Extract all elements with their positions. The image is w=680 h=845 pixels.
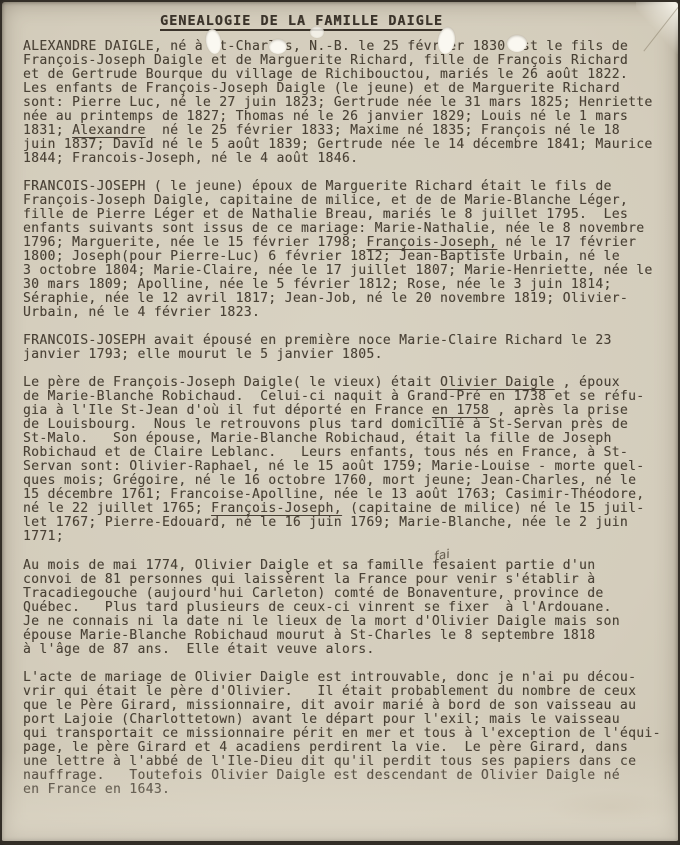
text-run: FRANCOIS-JOSEPH avait épousé en première…	[23, 333, 612, 362]
underlined-text: François-Joseph,	[211, 501, 342, 516]
underlined-text: Alexandre	[72, 123, 146, 138]
paragraph: L'acte de mariage de Olivier Daigle est …	[23, 671, 674, 797]
paragraph: Au mois de mai 1774, Olivier Daigle et s…	[23, 558, 674, 657]
page-title: GENEALOGIE DE LA FAMILLE DAIGLE	[160, 13, 443, 29]
document-body: ALEXANDRE DAIGLE, né à St-Charles, N.-B.…	[23, 40, 674, 811]
text-run: , après la prise de Louisbourg. Nous le …	[23, 403, 644, 516]
text-run: Au mois de mai 1774, Olivier Daigle et s…	[23, 558, 432, 573]
paragraph: Le père de François-Joseph Daigle( le vi…	[23, 376, 674, 544]
text-run: Le père de François-Joseph Daigle( le vi…	[23, 375, 440, 390]
text-run: L'acte de mariage de Olivier Daigle est …	[23, 670, 661, 797]
underlined-text: François-Joseph,	[366, 235, 497, 250]
paragraph: FRANCOIS-JOSEPH ( le jeune) époux de Mar…	[23, 180, 674, 320]
paragraph: ALEXANDRE DAIGLE, né à St-Charles, N.-B.…	[23, 40, 674, 166]
underlined-text: en 1758	[432, 403, 489, 418]
paragraph: FRANCOIS-JOSEPH avait épousé en première…	[23, 334, 674, 362]
text-run: fesaient partie d'un convoi de 81 person…	[23, 558, 620, 657]
scanned-document-page: GENEALOGIE DE LA FAMILLE DAIGLE ALEXANDR…	[0, 0, 680, 845]
handwritten-annotation-text: fai	[433, 547, 451, 564]
underlined-text: Olivier Daigle	[440, 375, 554, 390]
